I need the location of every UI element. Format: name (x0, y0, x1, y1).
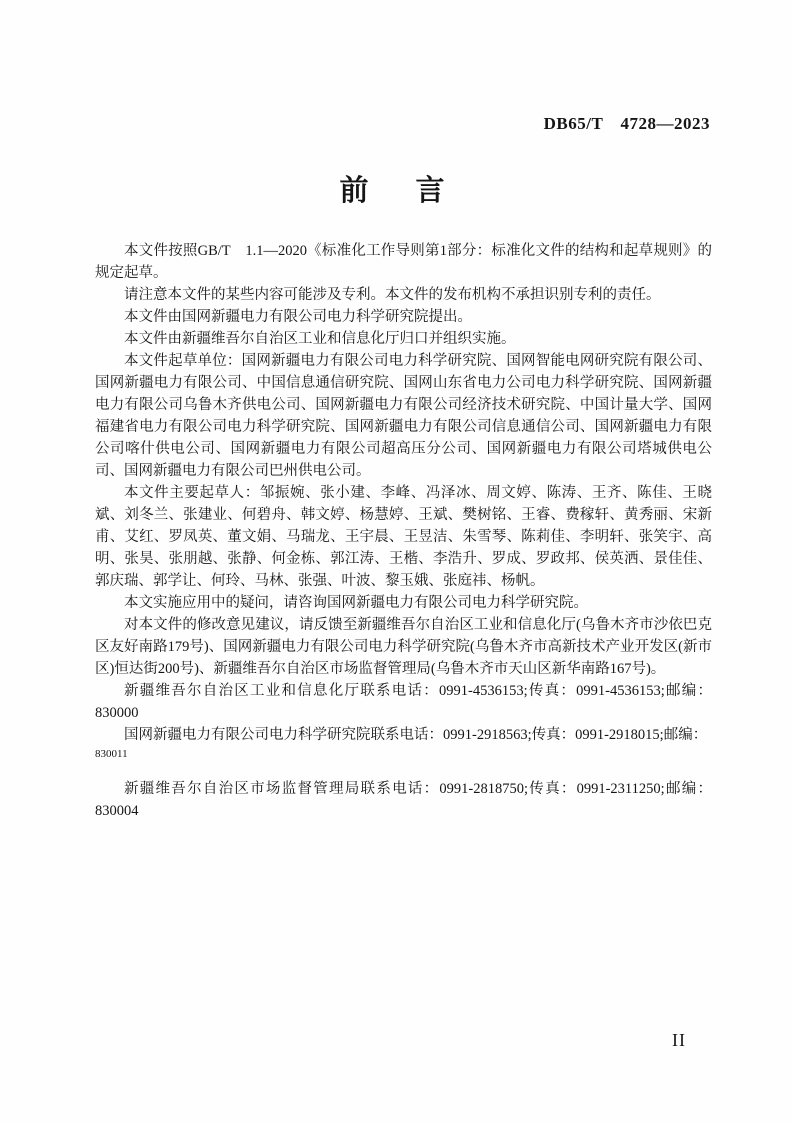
paragraph-patent-notice: 请注意本文件的某些内容可能涉及专利。本文件的发布机构不承担识别专利的责任。 (95, 284, 712, 306)
paragraph-managed-by: 本文件由新疆维吾尔自治区工业和信息化厅归口并组织实施。 (95, 328, 712, 350)
postal-code-line: 830011 (95, 746, 712, 763)
paragraph-contact-epri: 国网新疆电力有限公司电力科学研究院联系电话：0991-2918563;传真：09… (95, 724, 712, 746)
paragraph-drafting-units: 本文件起草单位：国网新疆电力有限公司电力科学研究院、国网智能电网研究院有限公司、… (95, 350, 712, 482)
paragraph-feedback-address: 对本文件的修改意见建议，请反馈至新疆维吾尔自治区工业和信息化厅(乌鲁木齐市沙依巴… (95, 614, 712, 680)
paragraph-contact-miit: 新疆维吾尔自治区工业和信息化厅联系电话：0991-4536153;传真：0991… (95, 680, 712, 724)
paragraph-inquiry: 本文实施应用中的疑问，请咨询国网新疆电力有限公司电力科学研究院。 (95, 592, 712, 614)
standard-number-header: DB65/T 4728—2023 (544, 109, 710, 134)
paragraph-drafting-basis: 本文件按照GB/T 1.1—2020《标准化工作导则第1部分：标准化文件的结构和… (95, 240, 712, 284)
paragraph-main-drafters: 本文件主要起草人：邹振婉、张小建、李峰、冯泽冰、周文婷、陈涛、王齐、陈佳、王晓斌… (95, 482, 712, 592)
paragraph-contact-samr: 新疆维吾尔自治区市场监督管理局联系电话：0991-2818750;传真：0991… (95, 778, 712, 822)
page-title: 前 言 (0, 168, 793, 209)
document-body: 本文件按照GB/T 1.1—2020《标准化工作导则第1部分：标准化文件的结构和… (95, 240, 712, 822)
document-page: DB65/T 4728—2023 前 言 本文件按照GB/T 1.1—2020《… (0, 0, 793, 1122)
page-number: II (672, 1030, 686, 1051)
paragraph-proposed-by: 本文件由国网新疆电力有限公司电力科学研究院提出。 (95, 306, 712, 328)
